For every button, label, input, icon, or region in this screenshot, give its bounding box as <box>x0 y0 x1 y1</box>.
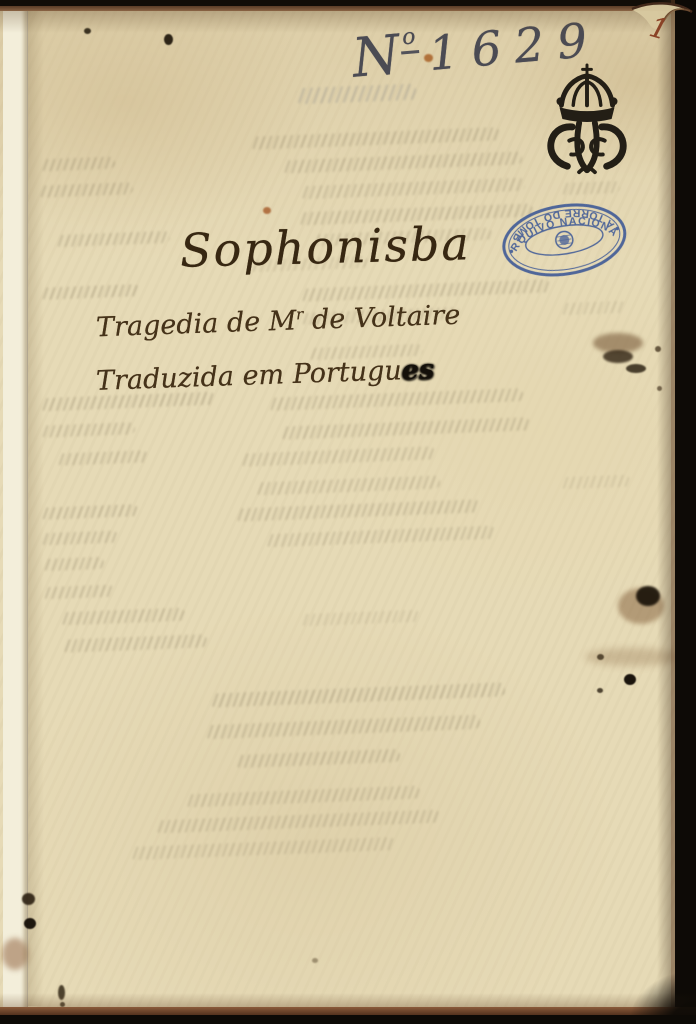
crown-icon <box>557 76 618 122</box>
ink-blot-text: es <box>401 354 434 386</box>
scan-edge-top <box>0 0 696 6</box>
paper-stain <box>597 654 604 660</box>
paper-stain <box>312 958 318 963</box>
royal-cypher-stamp <box>528 62 646 180</box>
page-block-edge-bottom <box>0 1007 696 1015</box>
top-edge-shadow <box>0 11 696 33</box>
manuscript-title-page: No1629 <box>0 0 696 1024</box>
paper-stain <box>22 893 35 905</box>
paper-stain <box>263 207 271 214</box>
paper-stain <box>626 364 646 373</box>
stamp-center-emblem <box>555 230 574 249</box>
page-block-edge-top <box>0 6 696 11</box>
paper-stain <box>624 674 636 685</box>
bleedthrough-line <box>560 301 626 316</box>
binding-shadow <box>28 6 44 1006</box>
bottom-right-corner-shadow <box>626 968 696 1024</box>
paper-stain <box>164 34 173 45</box>
paper-stain <box>597 688 603 693</box>
scan-edge-bottom <box>0 1015 696 1024</box>
binding-edge <box>3 6 28 1010</box>
paper-stain <box>603 350 633 363</box>
manuscript-title: Sophonisba <box>179 216 471 278</box>
bottom-edge-shadow <box>0 993 696 1007</box>
bleedthrough-line <box>42 557 104 571</box>
paper-stain <box>424 54 433 62</box>
monogram-letters <box>551 123 623 172</box>
paper-stain <box>24 918 36 929</box>
cross-icon <box>583 65 592 74</box>
paper-stain <box>2 938 28 970</box>
subtitle-part2: de Voltaire <box>303 300 461 336</box>
right-edge-shadow <box>657 0 671 1024</box>
scan-edge-right <box>675 0 696 1024</box>
